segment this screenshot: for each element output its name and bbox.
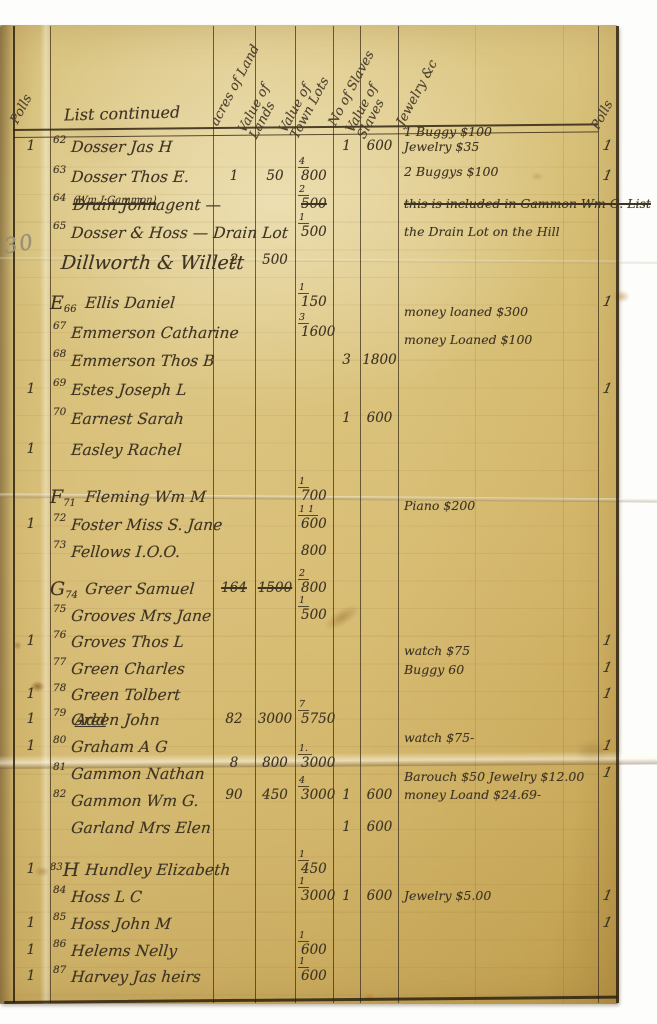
jewelry-note: the Drain Lot on the Hill: [404, 224, 599, 239]
acres-cell: 82: [214, 711, 254, 727]
lot-count-superscript: 2: [298, 569, 309, 580]
town-lots-cell: 1150: [298, 294, 338, 310]
town-lots-value: 800: [298, 580, 327, 596]
town-lots-cell: 1700: [298, 488, 338, 504]
table-row: 178Green Tolbert1: [0, 686, 657, 712]
jewelry-note-line: money Loand $24.69-: [404, 787, 599, 802]
numeric-cells: 1600: [0, 819, 657, 845]
acres-cell: 8: [214, 755, 254, 771]
slaves-value-cell: 600: [361, 888, 398, 904]
town-lots-cell: 1500: [298, 607, 338, 623]
acres-cell: 90: [214, 787, 254, 803]
table-row: 1Easley Rachel: [0, 441, 657, 467]
poll-right-mark: 1: [595, 660, 619, 676]
acres-cell: 1: [214, 168, 254, 184]
lot-count-superscript: 3: [298, 313, 309, 324]
table-row: 77Green CharlesBuggy 601: [0, 660, 657, 686]
jewelry-note-line: money loaned $300: [404, 304, 599, 319]
jewelry-note: Barouch $50 Jewelry $12.00: [404, 769, 599, 784]
lot-count-superscript: 1: [298, 957, 309, 968]
lot-count-superscript: 1: [298, 931, 309, 942]
lot-count-superscript: 4: [298, 776, 309, 787]
table-row: 75Grooves Mrs Jane1500: [0, 607, 657, 633]
slaves-count-cell: 1: [334, 787, 359, 803]
slaves-count-cell: 1: [334, 138, 359, 154]
town-lots-cell: 1.3000: [298, 755, 338, 771]
land-value-cell: 3000: [256, 711, 294, 727]
town-lots-cell: 1600: [298, 968, 338, 984]
town-lots-value: 600: [298, 968, 327, 984]
town-lots-cell: 1500: [298, 224, 338, 240]
lot-count-superscript: 1: [298, 477, 309, 488]
jewelry-note-line: Piano $200: [404, 498, 599, 513]
town-lots-value: 3000: [298, 888, 335, 904]
numeric-cells: [0, 915, 657, 941]
numeric-cells: 2500: [0, 252, 657, 278]
jewelry-note-line: this is included in Gammon Wm G. List: [404, 196, 599, 211]
lot-count-superscript: 4: [298, 157, 309, 168]
lot-count-superscript: 1: [298, 596, 309, 607]
slaves-value-cell: 600: [361, 787, 398, 803]
table-row: 82Gammon Wm G.90450430001600money Loand …: [0, 792, 657, 818]
table-row: 73Fellows I.O.O.800: [0, 543, 657, 569]
poll-right-mark: 1: [595, 381, 619, 397]
table-row: 67Emmerson Catharine31600money Loaned $1…: [0, 324, 657, 350]
lot-count-superscript: 1.: [298, 744, 312, 755]
table-row: 68Emmerson Thos B31800: [0, 352, 657, 378]
town-lots-value: 500: [298, 196, 327, 212]
town-lots-cell: 43000: [298, 787, 338, 803]
table-row: 176Groves Thos Lwatch $751: [0, 633, 657, 659]
jewelry-note: 1 Buggy $100Jewelry $35: [404, 124, 599, 154]
land-value-cell: 50: [256, 168, 294, 184]
lot-count-superscript: 1: [298, 850, 309, 861]
acres-cell: 2: [214, 252, 254, 268]
town-lots-value: 600: [298, 516, 327, 532]
town-lots-value: 150: [298, 294, 327, 310]
jewelry-note-line: 2 Buggys $100: [404, 164, 599, 179]
town-lots-cell: 800: [298, 543, 338, 559]
jewelry-note-line: watch $75: [404, 643, 599, 658]
table-row: E66Ellis Daniel1150money loaned $3001: [0, 294, 657, 320]
table-row: F71Fleming Wm M1700Piano $200: [0, 488, 657, 514]
jewelry-note: watch $75-: [404, 730, 599, 745]
table-row: Dillworth & Willett2500: [0, 252, 657, 278]
numeric-cells: 1500: [0, 607, 657, 633]
table-row: 183HHundley Elizabeth1450: [0, 861, 657, 887]
lot-count-superscript: 7: [298, 700, 309, 711]
slaves-value-cell: 1800: [361, 352, 398, 368]
table-row: 169Estes Joseph L1: [0, 381, 657, 407]
lot-count-superscript: 1 1: [298, 505, 318, 516]
jewelry-note: watch $75: [404, 643, 599, 658]
town-lots-value: 3000: [298, 787, 335, 803]
table-row: 185Hoss John M1: [0, 915, 657, 941]
jewelry-note: money Loaned $100: [404, 332, 599, 347]
list-title: List continued: [64, 102, 181, 124]
jewelry-note-line: Buggy 60: [404, 662, 599, 677]
town-lots-value: 700: [298, 488, 327, 504]
lot-count-superscript: 2: [298, 185, 309, 196]
town-lots-cell: 2800: [298, 580, 338, 596]
poll-right-mark: 1: [595, 294, 619, 310]
jewelry-note: Jewelry $5.00: [404, 888, 599, 903]
land-value-cell: 800: [256, 755, 294, 771]
table-row: 70Earnest Sarah1600: [0, 410, 657, 436]
jewelry-note: money loaned $300: [404, 304, 599, 319]
slaves-count-cell: 1: [334, 888, 359, 904]
jewelry-note: 2 Buggys $100: [404, 164, 599, 179]
slaves-count-cell: 3: [334, 352, 359, 368]
town-lots-cell: 4800: [298, 168, 338, 184]
land-value-cell: 1500: [256, 580, 294, 596]
town-lots-value: 800: [298, 543, 327, 559]
poll-right-mark: 1: [595, 888, 619, 904]
jewelry-note-line: 1 Buggy $100: [404, 124, 599, 139]
header-jewelry: Jewelry &c: [395, 58, 440, 128]
numeric-cells: 1450: [0, 861, 657, 887]
poll-right-mark: 1: [595, 738, 619, 754]
jewelry-note: money Loand $24.69-: [404, 787, 599, 802]
town-lots-cell: 1 1600: [298, 516, 338, 532]
jewelry-note: this is included in Gammon Wm G. List: [404, 196, 599, 211]
lot-count-superscript: 1: [298, 283, 309, 294]
jewelry-note: Piano $200: [404, 498, 599, 513]
numeric-cells: [0, 686, 657, 712]
slaves-count-cell: 1: [334, 819, 359, 835]
slaves-value-cell: 600: [361, 410, 398, 426]
numeric-cells: 1 1600: [0, 516, 657, 542]
poll-right-mark: 1: [595, 915, 619, 931]
lot-count-superscript: 1: [298, 213, 309, 224]
table-row: 63Dosser Thos E.15048002 Buggys $1001: [0, 168, 657, 194]
poll-right-mark: 1: [595, 633, 619, 649]
jewelry-note-line: money Loaned $100: [404, 332, 599, 347]
poll-right-mark: 1: [595, 168, 619, 184]
town-lots-value: 450: [298, 861, 327, 877]
land-value-cell: 500: [256, 252, 294, 268]
poll-right-mark: 1: [595, 686, 619, 702]
jewelry-note: Buggy 60: [404, 662, 599, 677]
numeric-cells: 31800: [0, 352, 657, 378]
numeric-cells: 1600: [0, 942, 657, 968]
acres-cell: 164: [214, 580, 254, 596]
town-lots-value: 800: [298, 168, 327, 184]
numeric-cells: 800: [0, 543, 657, 569]
table-row: 162Dosser Jas H16001 Buggy $100Jewelry $…: [0, 138, 657, 164]
table-row: 172Foster Miss S. Jane1 1600: [0, 516, 657, 542]
jewelry-note-line: the Drain Lot on the Hill: [404, 224, 599, 239]
document-scan: Polls List continued acres of Land Value…: [0, 0, 657, 1024]
numeric-cells: [0, 441, 657, 467]
numeric-cells: 1600: [0, 968, 657, 994]
numeric-cells: 1600: [0, 410, 657, 436]
town-lots-value: 500: [298, 607, 327, 623]
town-lots-value: 3000: [298, 755, 335, 771]
jewelry-note-line: watch $75-: [404, 730, 599, 745]
lot-count-superscript: 1: [298, 877, 309, 888]
town-lots-value: 1600: [298, 324, 335, 340]
slaves-value-cell: 600: [361, 819, 398, 835]
town-lots-cell: 2500: [298, 196, 338, 212]
town-lots-cell: 13000: [298, 888, 338, 904]
town-lots-value: 500: [298, 224, 327, 240]
table-row: 84Hoss L C130001600Jewelry $5.001: [0, 888, 657, 914]
table-row: Garland Mrs Elen1600: [0, 819, 657, 845]
jewelry-note-line: Jewelry $5.00: [404, 888, 599, 903]
jewelry-note-line: Barouch $50 Jewelry $12.00: [404, 769, 599, 784]
jewelry-note-line: Jewelry $35: [404, 139, 599, 154]
town-lots-cell: 1450: [298, 861, 338, 877]
table-row: 64Drain John(Wm J Gammon) agent —2500thi…: [0, 196, 657, 222]
town-lots-cell: 75750: [298, 711, 338, 727]
table-row: 187Harvey Jas heirs1600: [0, 968, 657, 994]
land-value-cell: 450: [256, 787, 294, 803]
town-lots-value: 5750: [298, 711, 335, 727]
table-row: 65Dosser & Hoss — Drain Lot1500the Drain…: [0, 224, 657, 250]
table-row: 186Helems Nelly1600: [0, 942, 657, 968]
poll-right-mark: 1: [595, 138, 619, 154]
ledger-content: Polls List continued acres of Land Value…: [0, 0, 657, 1024]
slaves-count-cell: 1: [334, 410, 359, 426]
slaves-value-cell: 600: [361, 138, 398, 154]
poll-right-mark: 1: [595, 765, 619, 781]
table-row: G74Greer Samuel16415002800: [0, 580, 657, 606]
numeric-cells: 16415002800: [0, 580, 657, 606]
numeric-cells: [0, 381, 657, 407]
town-lots-cell: 31600: [298, 324, 338, 340]
